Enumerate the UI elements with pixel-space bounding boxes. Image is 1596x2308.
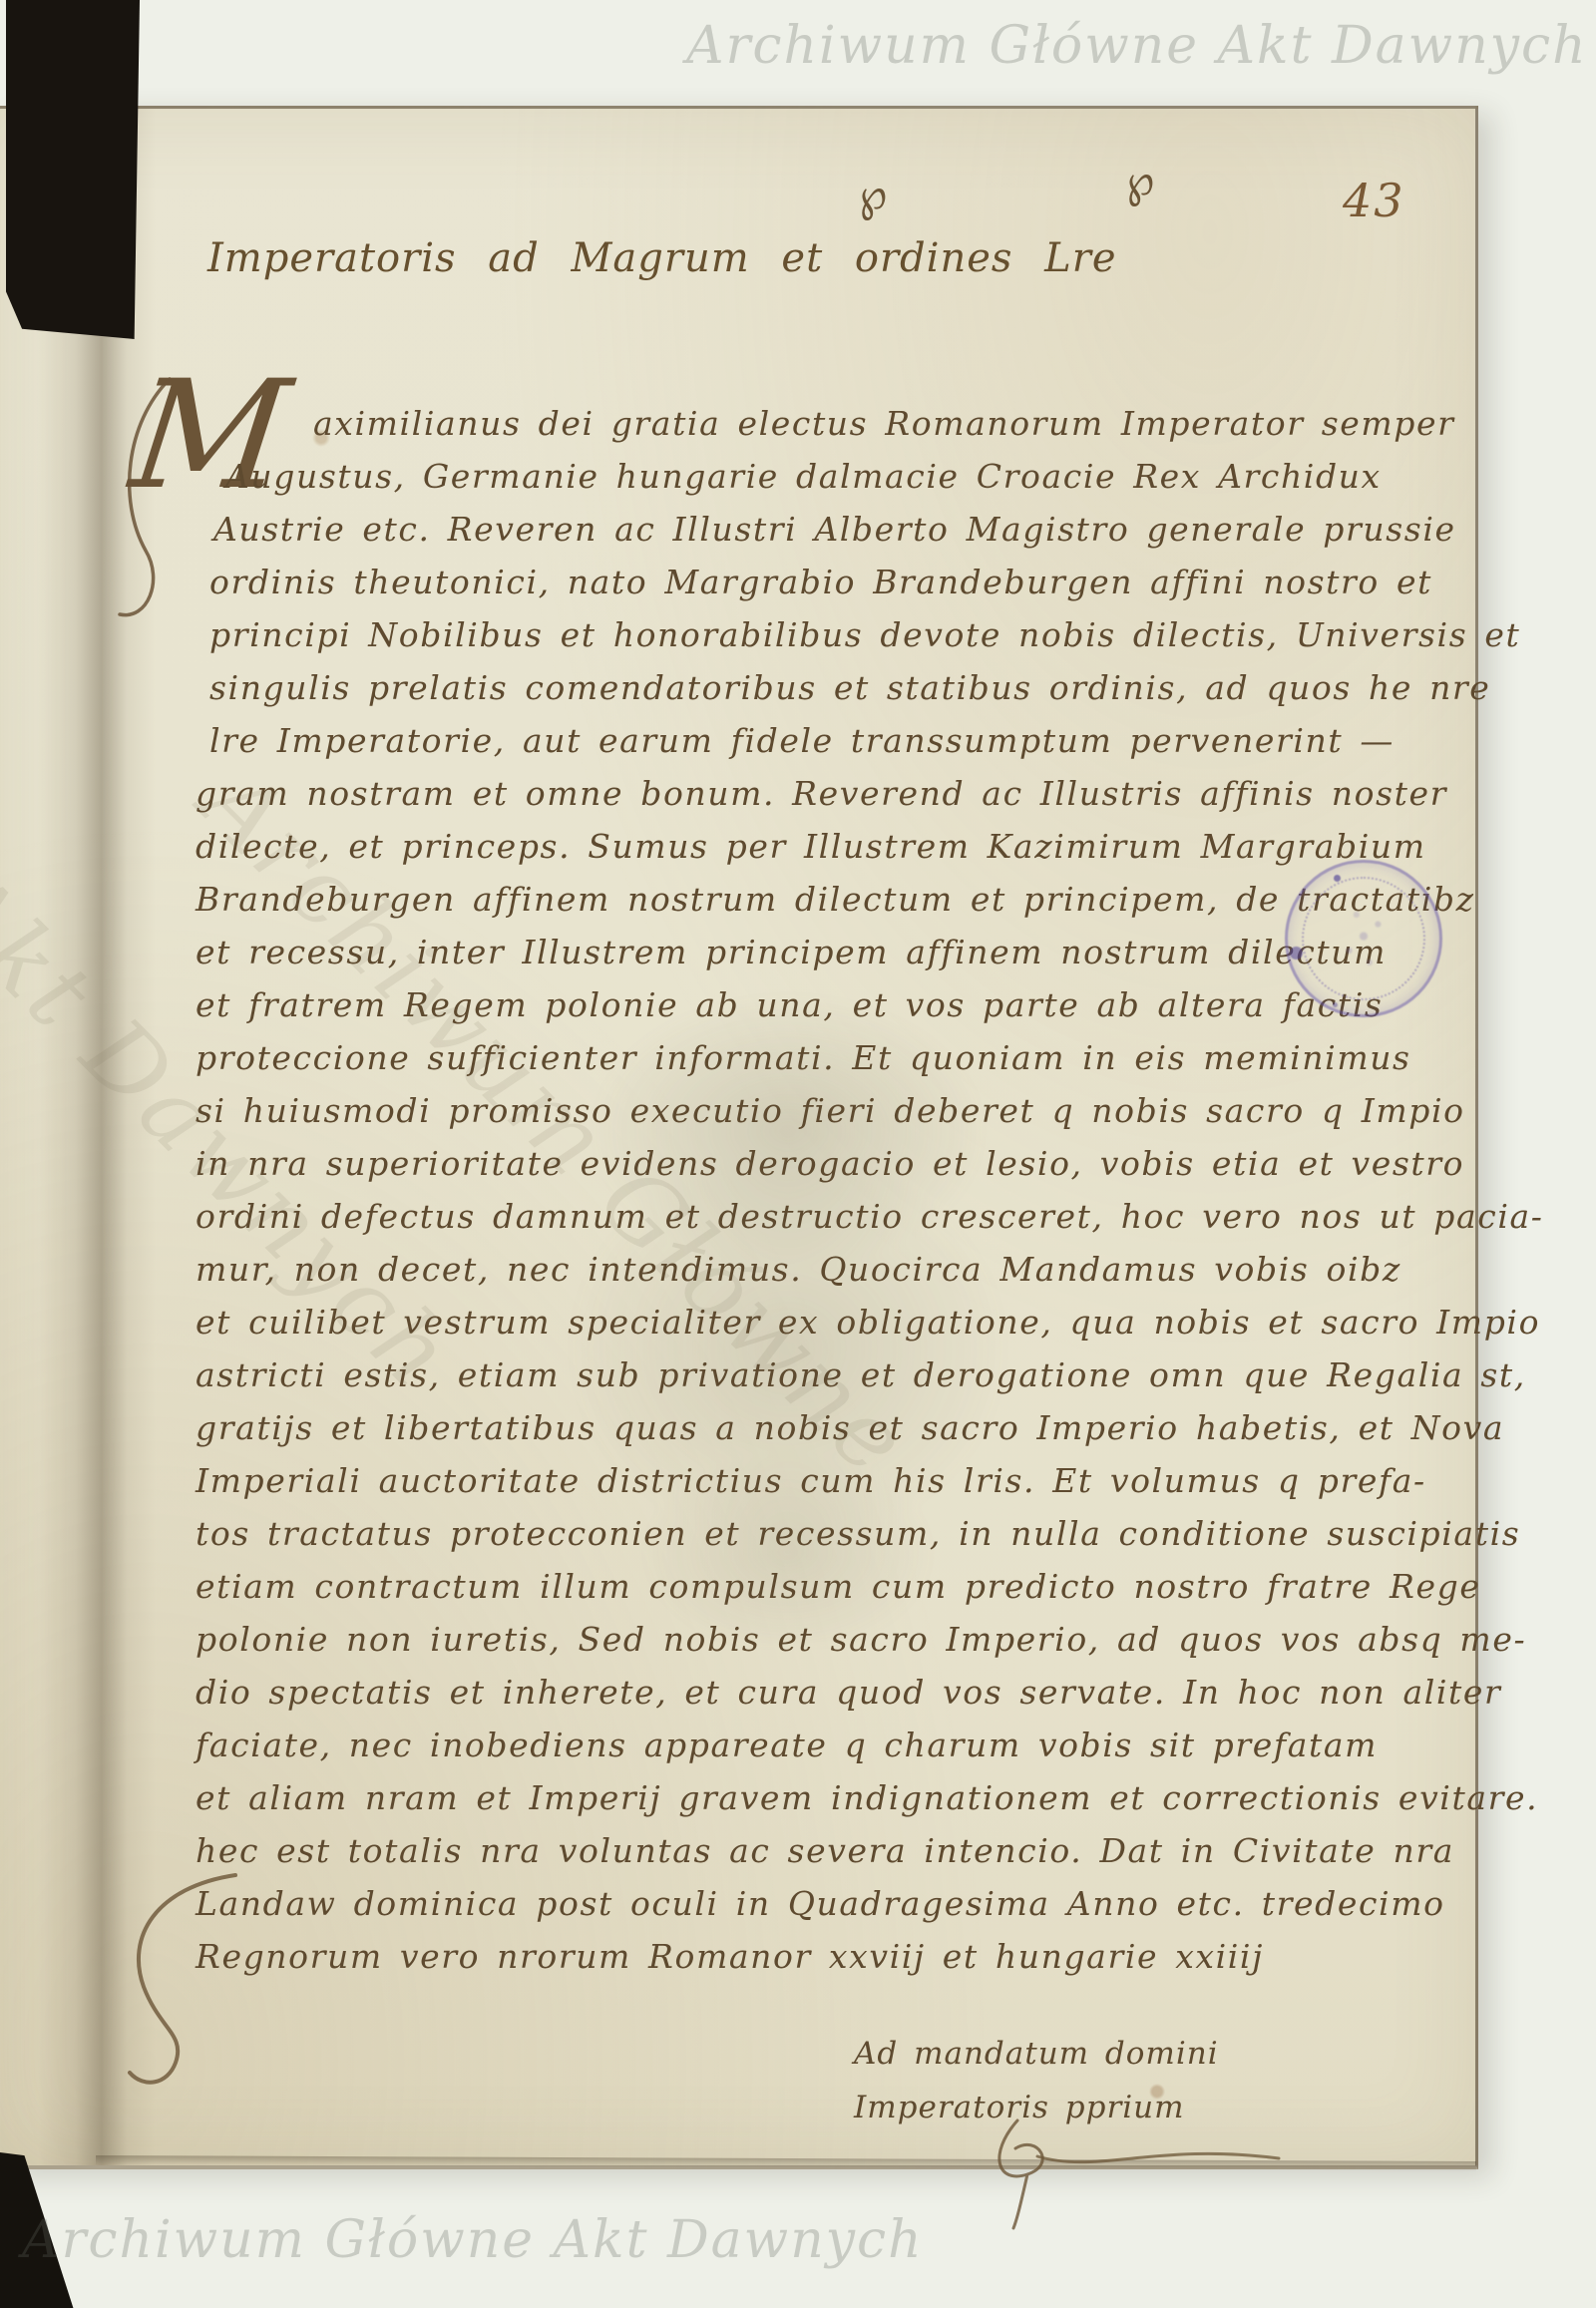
manuscript-line: proteccione sufficienter informati. Et q… xyxy=(196,1031,1454,1084)
stamp-dot xyxy=(1290,947,1303,960)
document-heading: Imperatoris ad Magrum et ordines Lre xyxy=(207,235,1117,281)
closing-line: Ad mandatum domini xyxy=(854,2027,1219,2081)
stamp-dot xyxy=(1334,875,1341,882)
manuscript-line: aximilianus dei gratia electus Romanorum… xyxy=(313,397,1454,450)
manuscript-line: faciate, nec inobediens appareate q char… xyxy=(196,1719,1454,1771)
stamp-inner-ring xyxy=(1302,877,1425,1000)
manuscript-line: Brandeburgen affinem nostrum dilectum et… xyxy=(196,873,1454,926)
manuscript-line: et cuilibet vestrum specialiter ex oblig… xyxy=(196,1296,1454,1348)
manuscript-scan: Archiwum Główne Akt Dawnych Imperatoris … xyxy=(0,0,1596,2308)
manuscript-line: et fratrem Regem polonie ab una, et vos … xyxy=(196,978,1454,1031)
manuscript-line: principi Nobilibus et honorabilibus devo… xyxy=(209,608,1454,661)
manuscript-line: si huiusmodi promisso executio fieri deb… xyxy=(196,1084,1454,1137)
manuscript-line: Augustus, Germanie hungarie dalmacie Cro… xyxy=(225,450,1454,503)
manuscript-line: etiam contractum illum compulsum cum pre… xyxy=(196,1560,1454,1613)
manuscript-line: dilecte, et princeps. Sumus per Illustre… xyxy=(196,820,1454,873)
manuscript-line: dio spectatis et inherete, et cura quod … xyxy=(196,1666,1454,1719)
manuscript-line: lre Imperatorie, aut earum fidele transs… xyxy=(209,714,1454,767)
stamp-dot xyxy=(1333,1002,1338,1007)
manuscript-line: Austrie etc. Reveren ac Illustri Alberto… xyxy=(213,503,1454,556)
manuscript-body: aximilianus dei gratia electus Romanorum… xyxy=(196,397,1454,1983)
archive-watermark-bottom: Archiwum Główne Akt Dawnych xyxy=(22,2210,924,2270)
manuscript-line: ordinis theutonici, nato Margrabio Brand… xyxy=(209,556,1454,608)
manuscript-line: in nra superioritate evidens derogacio e… xyxy=(196,1137,1454,1190)
manuscript-line: et aliam nram et Imperij gravem indignat… xyxy=(196,1771,1454,1824)
manuscript-line: ordini defectus damnum et destructio cre… xyxy=(196,1190,1454,1243)
manuscript-line: astricti estis, etiam sub privatione et … xyxy=(196,1348,1454,1401)
manuscript-line: Landaw dominica post oculi in Quadragesi… xyxy=(196,1877,1454,1930)
manuscript-line: hec est totalis nra voluntas ac severa i… xyxy=(196,1824,1454,1877)
archive-watermark-top: Archiwum Główne Akt Dawnych xyxy=(686,16,1588,76)
manuscript-line: tos tractatus protecconien et recessum, … xyxy=(196,1507,1454,1560)
manuscript-line: polonie non iuretis, Sed nobis et sacro … xyxy=(196,1613,1454,1666)
manuscript-line: singulis prelatis comendatoribus et stat… xyxy=(209,661,1454,714)
manuscript-line: et recessu, inter Illustrem principem af… xyxy=(196,926,1454,978)
folio-number: 43 xyxy=(1343,174,1405,227)
manuscript-line: gram nostram et omne bonum. Reverend ac … xyxy=(196,767,1454,820)
archival-ink-stamp xyxy=(1285,860,1442,1017)
manuscript-line: mur, non decet, nec intendimus. Quocirca… xyxy=(196,1243,1454,1296)
initial-swash-flourish xyxy=(108,371,178,640)
manuscript-line: gratijs et libertatibus quas a nobis et … xyxy=(196,1401,1454,1454)
margin-flourish xyxy=(116,1867,265,2097)
manuscript-line: Regnorum vero nrorum Romanor xxviij et h… xyxy=(196,1930,1454,1983)
signature-paraph-flourish xyxy=(958,2115,1287,2234)
binding-edge-top xyxy=(6,0,140,339)
manuscript-line: Imperiali auctoritate districtius cum hi… xyxy=(196,1454,1454,1507)
